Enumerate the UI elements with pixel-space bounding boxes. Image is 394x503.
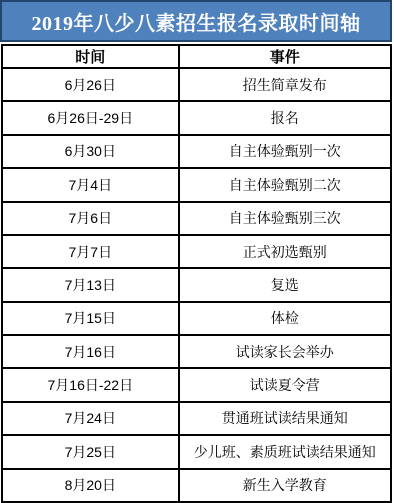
time-cell: 7月4日 (2, 168, 179, 201)
time-cell: 7月6日 (2, 202, 179, 235)
event-cell: 自主体验甄别一次 (179, 135, 391, 168)
event-cell: 贯通班试读结果通知 (179, 402, 391, 435)
table-row: 7月16日试读家长会举办 (2, 335, 391, 368)
event-cell: 复选 (179, 268, 391, 301)
table-row: 7月6日自主体验甄别三次 (2, 202, 391, 235)
table-row: 6月30日自主体验甄别一次 (2, 135, 391, 168)
table-body: 6月26日招生简章发布6月26日-29日报名6月30日自主体验甄别一次7月4日自… (2, 68, 391, 502)
table-row: 7月15日体检 (2, 302, 391, 335)
time-cell: 6月26日-29日 (2, 101, 179, 134)
time-cell: 6月30日 (2, 135, 179, 168)
table-row: 7月4日自主体验甄别二次 (2, 168, 391, 201)
table-row: 7月13日复选 (2, 268, 391, 301)
page: 2019年八少八素招生报名录取时间轴 时间 事件 6月26日招生简章发布6月26… (0, 0, 394, 503)
event-cell: 报名 (179, 101, 391, 134)
page-title: 2019年八少八素招生报名录取时间轴 (32, 7, 361, 36)
title-bar: 2019年八少八素招生报名录取时间轴 (0, 0, 392, 42)
time-cell: 7月16日-22日 (2, 368, 179, 401)
event-cell: 体检 (179, 302, 391, 335)
time-cell: 7月15日 (2, 302, 179, 335)
time-cell: 7月24日 (2, 402, 179, 435)
table-row: 7月25日少儿班、素质班试读结果通知 (2, 435, 391, 468)
event-cell: 试读夏令营 (179, 368, 391, 401)
event-cell: 招生简章发布 (179, 68, 391, 101)
event-cell: 自主体验甄别三次 (179, 202, 391, 235)
event-cell: 少儿班、素质班试读结果通知 (179, 435, 391, 468)
time-cell: 7月25日 (2, 435, 179, 468)
column-header-time: 时间 (2, 45, 179, 68)
event-cell: 正式初选甄别 (179, 235, 391, 268)
time-cell: 7月7日 (2, 235, 179, 268)
event-cell: 新生入学教育 (179, 469, 391, 503)
table-row: 7月7日正式初选甄别 (2, 235, 391, 268)
table-row: 8月20日新生入学教育 (2, 469, 391, 503)
table-row: 7月16日-22日试读夏令营 (2, 368, 391, 401)
time-cell: 7月16日 (2, 335, 179, 368)
time-cell: 8月20日 (2, 469, 179, 503)
timeline-table: 时间 事件 6月26日招生简章发布6月26日-29日报名6月30日自主体验甄别一… (1, 44, 392, 503)
table-row: 6月26日招生简章发布 (2, 68, 391, 101)
table-row: 6月26日-29日报名 (2, 101, 391, 134)
time-cell: 6月26日 (2, 68, 179, 101)
event-cell: 自主体验甄别二次 (179, 168, 391, 201)
event-cell: 试读家长会举办 (179, 335, 391, 368)
time-cell: 7月13日 (2, 268, 179, 301)
table-row: 7月24日贯通班试读结果通知 (2, 402, 391, 435)
header-row: 时间 事件 (2, 45, 391, 68)
column-header-event: 事件 (179, 45, 391, 68)
